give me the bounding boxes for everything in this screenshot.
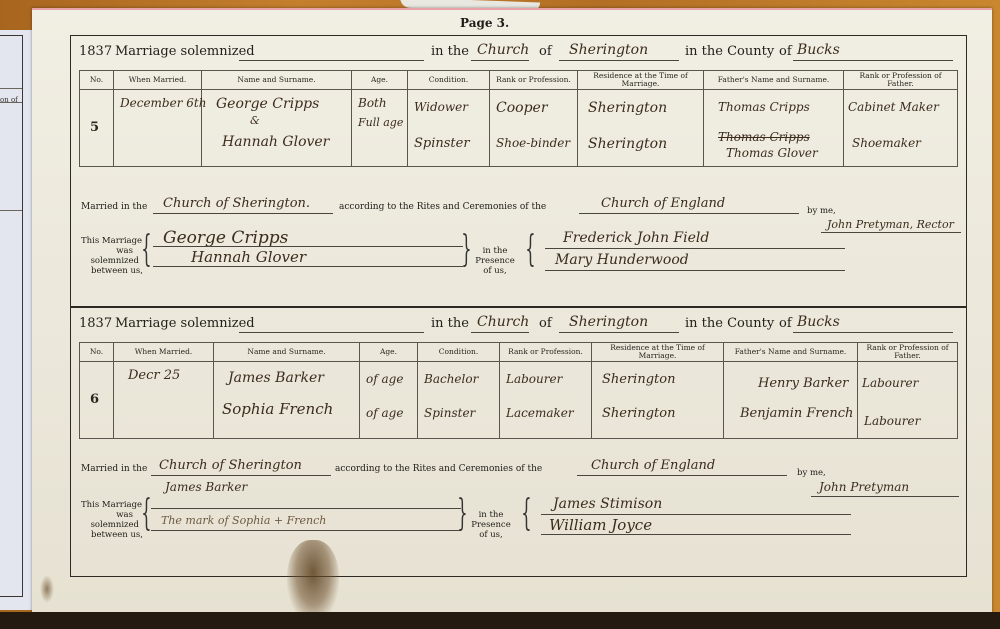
- groom-condition: Widower: [414, 100, 468, 114]
- groom-father-profession: Cabinet Maker: [848, 100, 939, 114]
- page-number: Page 3.: [460, 16, 509, 30]
- blank-line: [239, 60, 424, 61]
- blank-line: [239, 332, 424, 333]
- rites: Church of England: [601, 196, 725, 211]
- witness-1: Frederick John Field: [563, 230, 709, 246]
- signature-line: [151, 508, 461, 509]
- col-father-name: Father's Name and Surname.: [724, 343, 858, 362]
- brace-close-icon: }: [457, 496, 467, 532]
- signature-groom: James Barker: [165, 480, 247, 494]
- title-prefix: Marriage solemnized: [115, 316, 255, 331]
- signature-line: [153, 266, 463, 267]
- witness-2: William Joyce: [549, 516, 652, 534]
- col-residence: Residence at the Time of Marriage.: [578, 71, 704, 90]
- married-in: Church of Sherington.: [163, 196, 310, 211]
- rites: Church of England: [591, 458, 715, 473]
- col-condition: Condition.: [408, 71, 490, 90]
- label-married-in: Married in the: [81, 464, 147, 474]
- blank-line: [559, 332, 679, 333]
- brace-open-icon: {: [141, 496, 151, 532]
- bride-father-name: Thomas Glover: [726, 146, 818, 160]
- title-prefix: Marriage solemnized: [115, 44, 255, 59]
- col-profession: Rank or Profession.: [500, 343, 592, 362]
- bride-name: Sophia French: [222, 400, 333, 418]
- col-age: Age.: [360, 343, 418, 362]
- column-headers: No. When Married. Name and Surname. Age.…: [80, 71, 958, 90]
- bride-profession: Lacemaker: [506, 406, 574, 420]
- label-was: was: [81, 510, 133, 520]
- groom-father-name: Henry Barker: [758, 376, 848, 391]
- blank-line: [811, 496, 959, 497]
- county: Bucks: [797, 314, 840, 330]
- label-in-the: in the: [471, 510, 511, 520]
- when-married: December 6th: [120, 96, 206, 110]
- label-this-marriage: This Marriage: [81, 236, 141, 246]
- brace-close-icon: }: [461, 232, 471, 268]
- witness-line: [545, 248, 845, 249]
- col-when-married: When Married.: [114, 343, 214, 362]
- when-married: Decr 25: [128, 368, 180, 383]
- col-father-name: Father's Name and Surname.: [704, 71, 844, 90]
- label-according-to: according to the Rites and Ceremonies of…: [335, 464, 542, 474]
- label-of: of: [539, 316, 552, 331]
- marriage-entry-5: 1837 Marriage solemnized in the Church o…: [71, 36, 966, 304]
- county: Bucks: [797, 42, 840, 58]
- married-in: Church of Sherington: [159, 458, 302, 473]
- entry-title-line: 1837 Marriage solemnized in the Church o…: [79, 42, 959, 64]
- entry-number: 5: [90, 120, 99, 135]
- place-type: Church: [477, 314, 529, 330]
- bride-condition: Spinster: [424, 406, 475, 420]
- label-county: in the County: [685, 316, 774, 331]
- col-no: No.: [80, 71, 114, 90]
- signature-bride: Hannah Glover: [191, 248, 306, 266]
- divider: [0, 88, 22, 89]
- groom-residence: Sherington: [588, 100, 667, 116]
- signature-line: [153, 246, 463, 247]
- label-in-the: in the: [431, 316, 469, 331]
- witness-line: [545, 270, 845, 271]
- groom-age: Both: [358, 96, 387, 110]
- col-name: Name and Surname.: [214, 343, 360, 362]
- label-according-to: according to the Rites and Ceremonies of…: [339, 202, 546, 212]
- col-father-profession: Rank or Profession of Father.: [858, 343, 958, 362]
- parish: Sherington: [569, 314, 648, 330]
- column-headers: No. When Married. Name and Surname. Age.…: [80, 343, 958, 362]
- label-between-us: between us,: [81, 266, 143, 276]
- blank-line: [577, 475, 787, 476]
- bride-residence: Sherington: [602, 406, 675, 421]
- parish: Sherington: [569, 42, 648, 58]
- conjunction: &: [250, 114, 260, 127]
- label-solemnized: solemnized: [81, 520, 139, 530]
- place-type: Church: [477, 42, 529, 58]
- register-form: 1837 Marriage solemnized in the Church o…: [70, 35, 967, 577]
- entry-table: No. When Married. Name and Surname. Age.…: [79, 342, 958, 439]
- bride-profession: Shoe-binder: [496, 136, 570, 150]
- table-row: 5 December 6th George Cripps & Hannah Gl…: [80, 90, 958, 167]
- groom-profession: Labourer: [506, 372, 562, 386]
- signature-groom: George Cripps: [163, 228, 288, 248]
- bride-father-profession: Labourer: [864, 414, 920, 428]
- book-edge-shadow: [0, 612, 1000, 629]
- witness-line: [541, 534, 851, 535]
- entry-year: 1837: [79, 44, 112, 59]
- entry-number: 6: [90, 392, 99, 407]
- brace-open-icon: {: [525, 232, 535, 268]
- witness-1: James Stimison: [553, 496, 662, 512]
- blank-line: [151, 475, 331, 476]
- col-name: Name and Surname.: [202, 71, 352, 90]
- groom-residence: Sherington: [602, 372, 675, 387]
- groom-profession: Cooper: [496, 100, 548, 116]
- label-married-in: Married in the: [81, 202, 147, 212]
- label-this-marriage: This Marriage: [81, 500, 141, 510]
- left-page-frame: [0, 35, 23, 597]
- col-when-married: When Married.: [114, 71, 202, 90]
- bride-residence: Sherington: [588, 136, 667, 152]
- col-condition: Condition.: [418, 343, 500, 362]
- bride-father-name-struck: Thomas Cripps: [718, 130, 810, 144]
- blank-line: [559, 60, 679, 61]
- label-in-the: in the: [475, 246, 515, 256]
- label-of-county: of: [779, 44, 792, 59]
- label-of-us: of us,: [471, 530, 511, 540]
- groom-name: George Cripps: [216, 96, 319, 112]
- left-page-label: on of: [0, 96, 18, 104]
- blank-line: [793, 60, 953, 61]
- blank-line: [153, 213, 333, 214]
- groom-father-profession: Labourer: [862, 376, 918, 390]
- groom-father-name: Thomas Cripps: [718, 100, 810, 114]
- brace-open-icon: {: [521, 496, 531, 532]
- label-was: was: [81, 246, 133, 256]
- blank-line: [471, 60, 529, 61]
- signature-bride: The mark of Sophia + French: [161, 514, 326, 527]
- paper-stain: [40, 575, 54, 603]
- groom-age: of age: [366, 372, 403, 386]
- bride-condition: Spinster: [414, 136, 470, 151]
- blank-line: [793, 332, 953, 333]
- brace-open-icon: {: [141, 232, 151, 268]
- col-residence: Residence at the Time of Marriage.: [592, 343, 724, 362]
- col-profession: Rank or Profession.: [490, 71, 578, 90]
- bride-name: Hannah Glover: [222, 134, 329, 150]
- label-of: of: [539, 44, 552, 59]
- groom-name: James Barker: [228, 370, 324, 386]
- officiant: John Pretyman, Rector: [827, 218, 954, 231]
- label-county: in the County: [685, 44, 774, 59]
- table-row: 6 Decr 25 James Barker Sophia French of …: [80, 362, 958, 439]
- label-between-us: between us,: [81, 530, 143, 540]
- witness-line: [541, 514, 851, 515]
- label-of-county: of: [779, 316, 792, 331]
- entry-title-line: 1837 Marriage solemnized in the Church o…: [79, 314, 959, 336]
- bride-age: of age: [366, 406, 403, 420]
- col-father-profession: Rank or Profession of Father.: [844, 71, 958, 90]
- bride-father-name: Benjamin French: [740, 406, 853, 421]
- officiant: John Pretyman: [819, 480, 909, 494]
- groom-condition: Bachelor: [424, 372, 478, 386]
- label-in-the: in the: [431, 44, 469, 59]
- signature-line: [151, 530, 461, 531]
- entry-year: 1837: [79, 316, 112, 331]
- label-of-us: of us,: [475, 266, 515, 276]
- marriage-entry-6: 1837 Marriage solemnized in the Church o…: [71, 306, 966, 576]
- label-solemnized: solemnized: [81, 256, 139, 266]
- bride-father-profession: Shoemaker: [852, 136, 921, 150]
- witness-2: Mary Hunderwood: [555, 252, 689, 268]
- blank-line: [579, 213, 799, 214]
- bride-age: Full age: [358, 116, 403, 129]
- col-age: Age.: [352, 71, 408, 90]
- register-page: Page 3. 1837 Marriage solemnized in the …: [32, 8, 992, 622]
- ink-stain: [287, 540, 339, 622]
- entry-table: No. When Married. Name and Surname. Age.…: [79, 70, 958, 167]
- label-by-me: by me,: [797, 468, 826, 478]
- label-presence: Presence: [471, 520, 511, 530]
- divider: [0, 210, 22, 211]
- label-presence: Presence: [475, 256, 515, 266]
- blank-line: [821, 232, 961, 233]
- blank-line: [471, 332, 529, 333]
- label-by-me: by me,: [807, 206, 836, 216]
- col-no: No.: [80, 343, 114, 362]
